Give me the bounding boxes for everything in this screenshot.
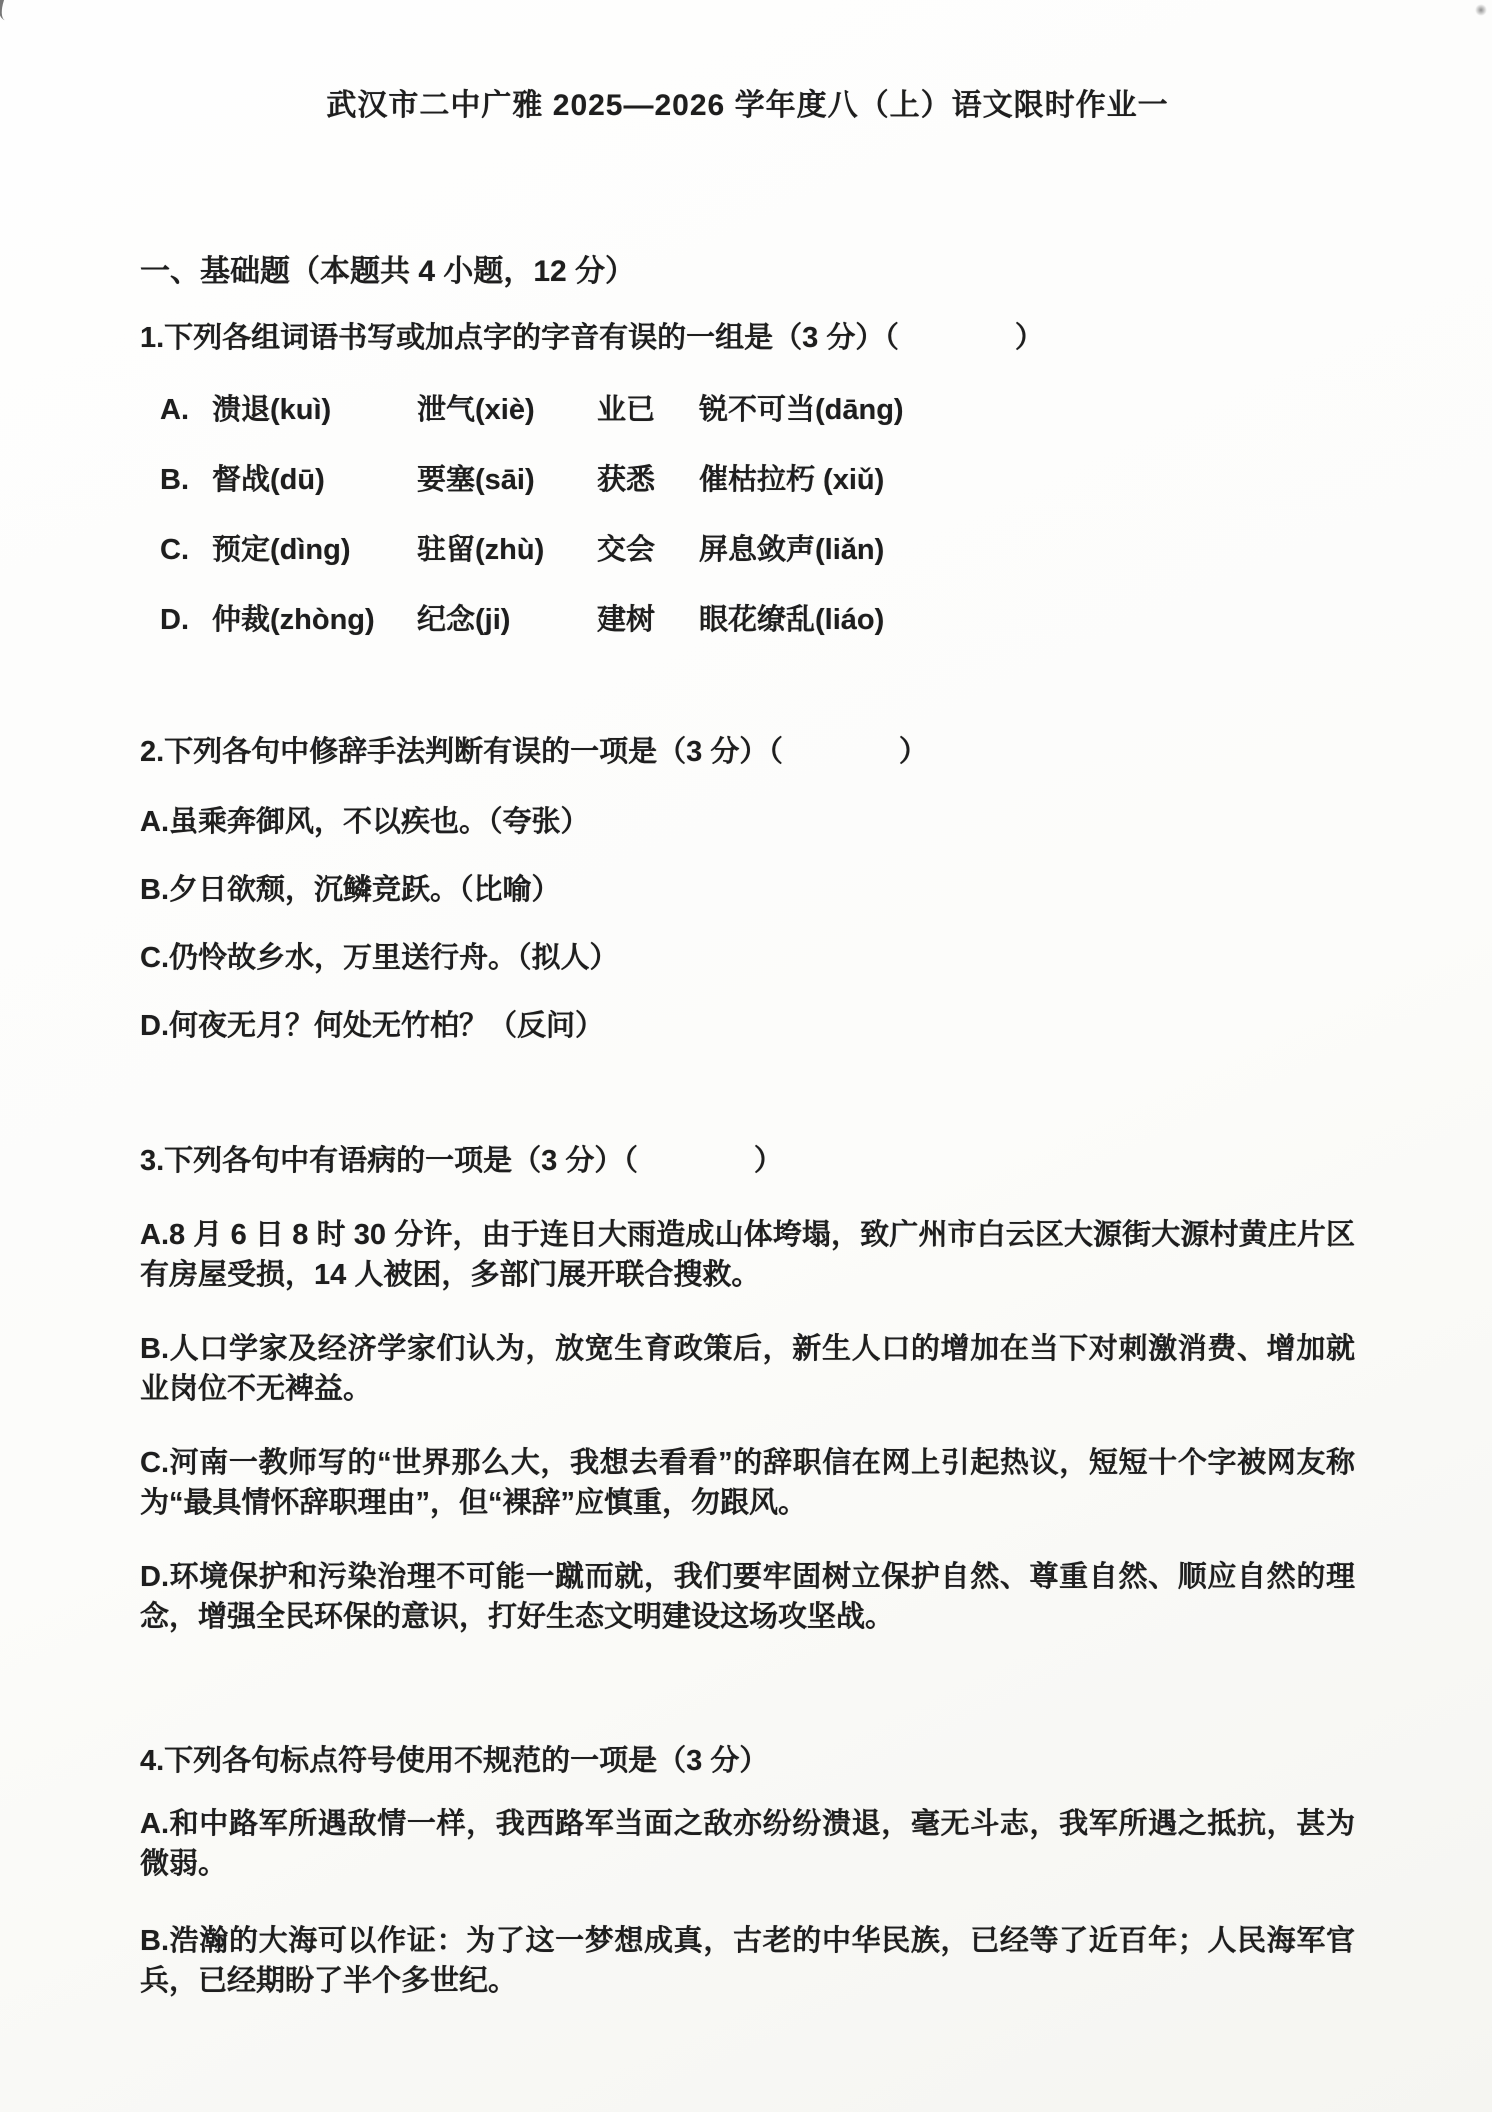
page-title: 武汉市二中广雅 2025—2026 学年度八（上）语文限时作业一 [140, 86, 1355, 126]
q1-option-c-word-4: 屏息敛声(liǎn) [699, 530, 1355, 570]
question-4-stem: 4.下列各句标点符号使用不规范的一项是（3 分） [140, 1741, 1355, 1781]
q1-option-a-word-2: 泄气(xiè) [417, 390, 597, 430]
q1-option-d-label: D. [160, 600, 212, 640]
scan-artifact-top-right [1475, 4, 1487, 16]
q2-option-c: C.仍怜故乡水，万里送行舟。（拟人） [140, 938, 1355, 978]
q1-option-b-label: B. [160, 460, 212, 500]
q1-option-c-label: C. [160, 530, 212, 570]
q1-option-a-word-1: 溃退(kuì) [212, 390, 417, 430]
q4-option-b: B.浩瀚的大海可以作证：为了这一梦想成真，古老的中华民族，已经等了近百年；人民海… [140, 1921, 1355, 2001]
exam-paper-page: 武汉市二中广雅 2025—2026 学年度八（上）语文限时作业一 一、基础题（本… [0, 0, 1492, 2112]
q1-option-d-word-1: 仲裁(zhòng) [212, 600, 417, 640]
question-1-options: A. 溃退(kuì) 泄气(xiè) 业已 锐不可当(dāng) B. 督战(d… [140, 390, 1355, 640]
q3-option-b: B.人口学家及经济学家们认为，放宽生育政策后，新生人口的增加在当下对刺激消费、增… [140, 1329, 1355, 1409]
q1-option-row-d: D. 仲裁(zhòng) 纪念(ji) 建树 眼花缭乱(liáo) [160, 600, 1355, 640]
q1-option-b-word-4: 催枯拉朽 (xiǔ) [699, 460, 1355, 500]
q1-option-a-word-4: 锐不可当(dāng) [699, 390, 1355, 430]
q2-option-a: A.虽乘奔御风，不以疾也。（夸张） [140, 802, 1355, 842]
q1-option-d-word-3: 建树 [597, 600, 699, 640]
q4-option-a: A.和中路军所遇敌情一样，我西路军当面之敌亦纷纷溃退，毫无斗志，我军所遇之抵抗，… [140, 1804, 1355, 1884]
q1-option-c-word-2: 驻留(zhù) [417, 530, 597, 570]
q1-option-c-word-3: 交会 [597, 530, 699, 570]
q1-option-a-label: A. [160, 390, 212, 430]
q1-option-b-word-1: 督战(dū) [212, 460, 417, 500]
q1-option-b-word-3: 获悉 [597, 460, 699, 500]
q1-option-d-word-2: 纪念(ji) [417, 600, 597, 640]
q1-option-row-a: A. 溃退(kuì) 泄气(xiè) 业已 锐不可当(dāng) [160, 390, 1355, 430]
q3-option-c: C.河南一教师写的“世界那么大，我想去看看”的辞职信在网上引起热议，短短十个字被… [140, 1443, 1355, 1523]
q2-option-b: B.夕日欲颓，沉鳞竞跃。（比喻） [140, 870, 1355, 910]
question-3-stem: 3.下列各句中有语病的一项是（3 分）（ ） [140, 1141, 1355, 1181]
question-2-stem: 2.下列各句中修辞手法判断有误的一项是（3 分）（ ） [140, 732, 1355, 772]
q2-option-d: D.何夜无月？何处无竹柏？（反问） [140, 1006, 1355, 1046]
question-1-stem: 1.下列各组词语书写或加点字的字音有误的一组是（3 分）（ ） [140, 318, 1355, 358]
q1-option-a-word-3: 业已 [597, 390, 699, 430]
q1-option-d-word-4: 眼花缭乱(liáo) [699, 600, 1355, 640]
scan-artifact-top-left [0, 0, 18, 22]
q3-option-d: D.环境保护和污染治理不可能一蹴而就，我们要牢固树立保护自然、尊重自然、顺应自然… [140, 1557, 1355, 1637]
q1-option-b-word-2: 要塞(sāi) [417, 460, 597, 500]
q1-option-row-b: B. 督战(dū) 要塞(sāi) 获悉 催枯拉朽 (xiǔ) [160, 460, 1355, 500]
q1-option-row-c: C. 预定(dìng) 驻留(zhù) 交会 屏息敛声(liǎn) [160, 530, 1355, 570]
q3-option-a: A.8 月 6 日 8 时 30 分许，由于连日大雨造成山体垮塌，致广州市白云区… [140, 1215, 1355, 1295]
q1-option-c-word-1: 预定(dìng) [212, 530, 417, 570]
section-heading: 一、基础题（本题共 4 小题，12 分） [140, 252, 1355, 292]
